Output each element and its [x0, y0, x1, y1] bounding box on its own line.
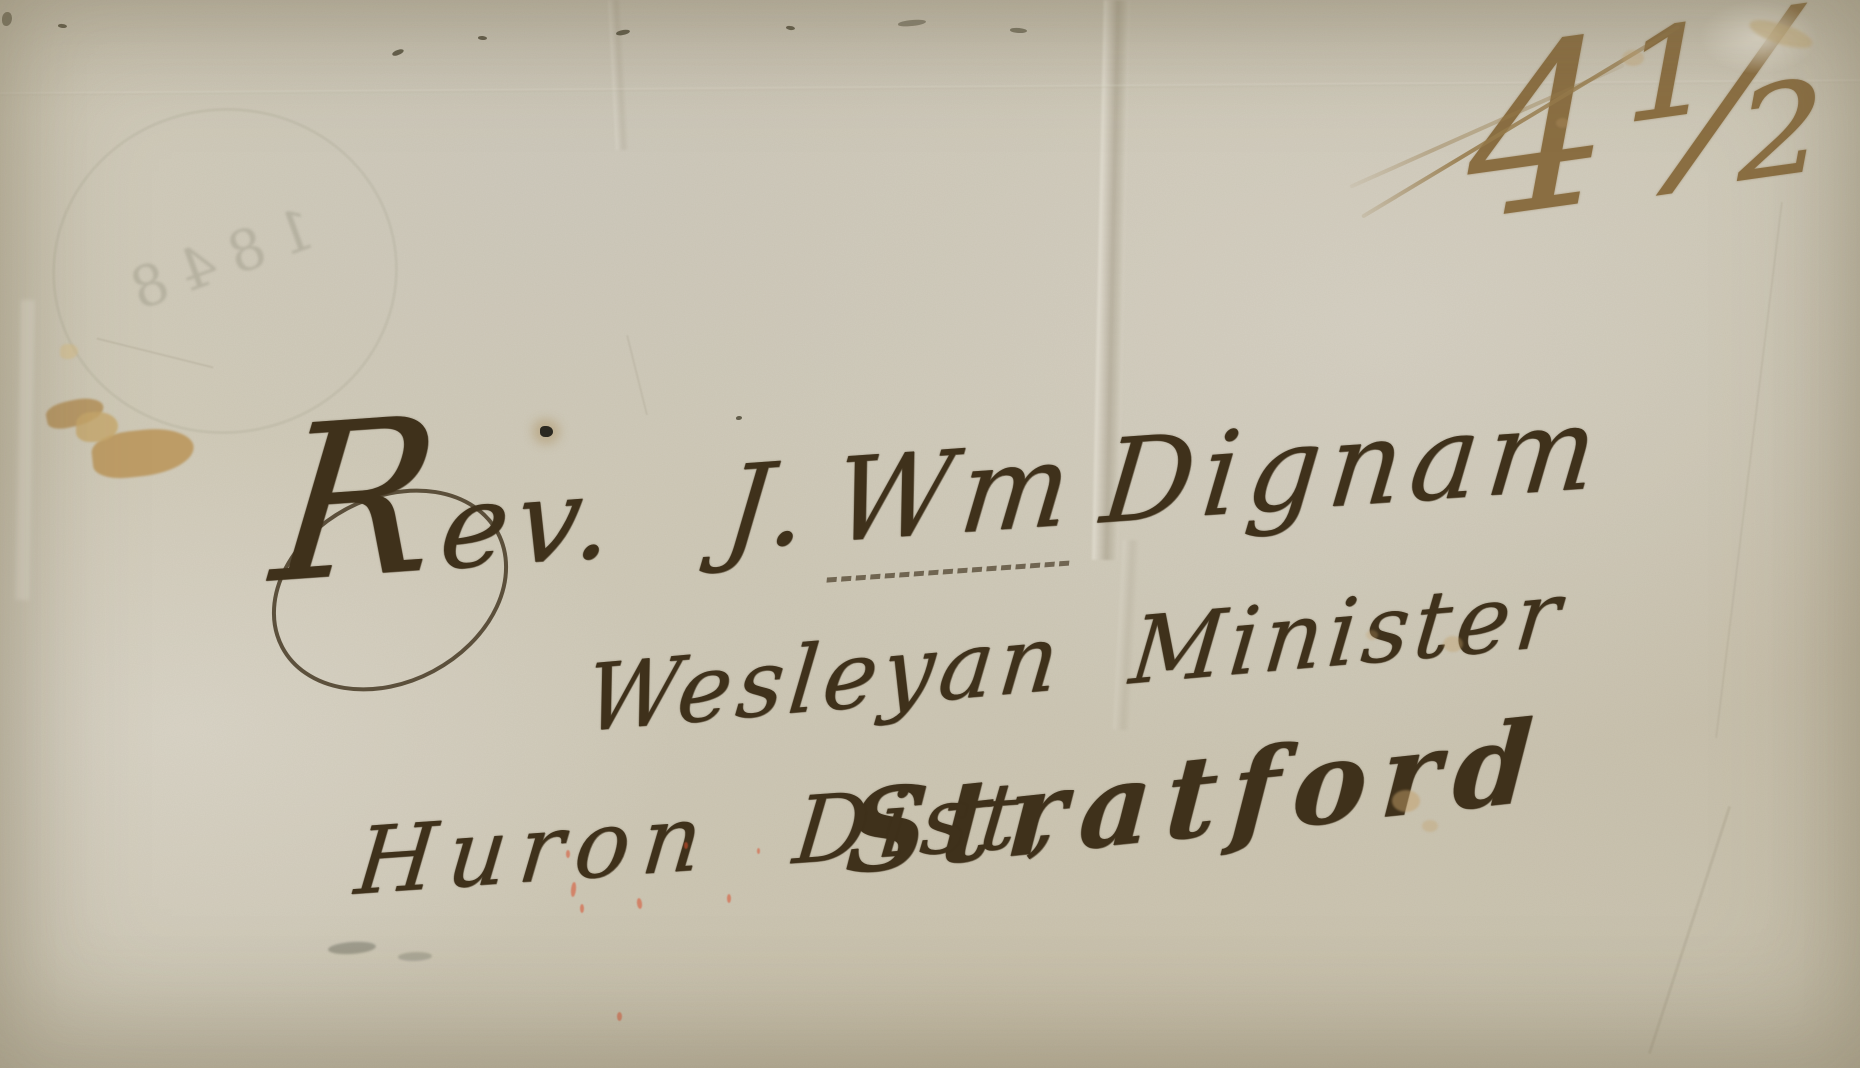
red-ink-mark — [757, 848, 760, 854]
ink-fleck — [478, 35, 487, 40]
address-line-district: Huron Dist, — [351, 758, 1077, 916]
foxing-spot — [1556, 118, 1569, 128]
red-ink-mark — [727, 894, 731, 903]
foxing-spot — [1622, 50, 1644, 66]
red-ink-mark — [684, 842, 688, 849]
address-line-recipient: Rev. J.WmDignam — [266, 337, 1615, 609]
crease-hairline — [1648, 806, 1731, 1054]
ink-fleck — [1010, 27, 1027, 34]
ink-fleck — [392, 48, 405, 56]
top-fold-crease — [608, 0, 630, 150]
foxing-spot — [1366, 630, 1378, 640]
recipient-forename-underlined: Wm — [827, 417, 1085, 582]
pencil-smudge — [398, 951, 432, 961]
foxing-spot — [1443, 636, 1463, 652]
crease-hairline — [15, 300, 34, 600]
ink-fleck — [2, 12, 12, 26]
postmark-year: 1848 — [107, 197, 323, 329]
red-ink-mark — [580, 904, 584, 913]
red-ink-mark — [566, 850, 570, 858]
red-ink-mark — [617, 1012, 622, 1021]
recipient-surname: Dignam — [1096, 380, 1611, 550]
ink-fleck — [898, 19, 926, 27]
foxing-spot — [1422, 820, 1438, 832]
stain-blob — [60, 344, 78, 359]
red-ink-mark — [636, 898, 642, 910]
crease-hairline — [1715, 202, 1783, 738]
foxing-spot — [1392, 790, 1420, 812]
ink-fleck — [616, 29, 631, 36]
pencil-smudge — [328, 940, 377, 955]
ink-fleck — [786, 25, 796, 31]
crease-hairline — [626, 335, 648, 415]
recipient-title: Rev. J. — [266, 392, 826, 609]
ink-blot — [540, 426, 553, 437]
ink-fleck — [58, 23, 68, 29]
envelope-scan: 1848 4½ Rev. J.WmDignam Wesleyan Ministe… — [0, 0, 1860, 1068]
